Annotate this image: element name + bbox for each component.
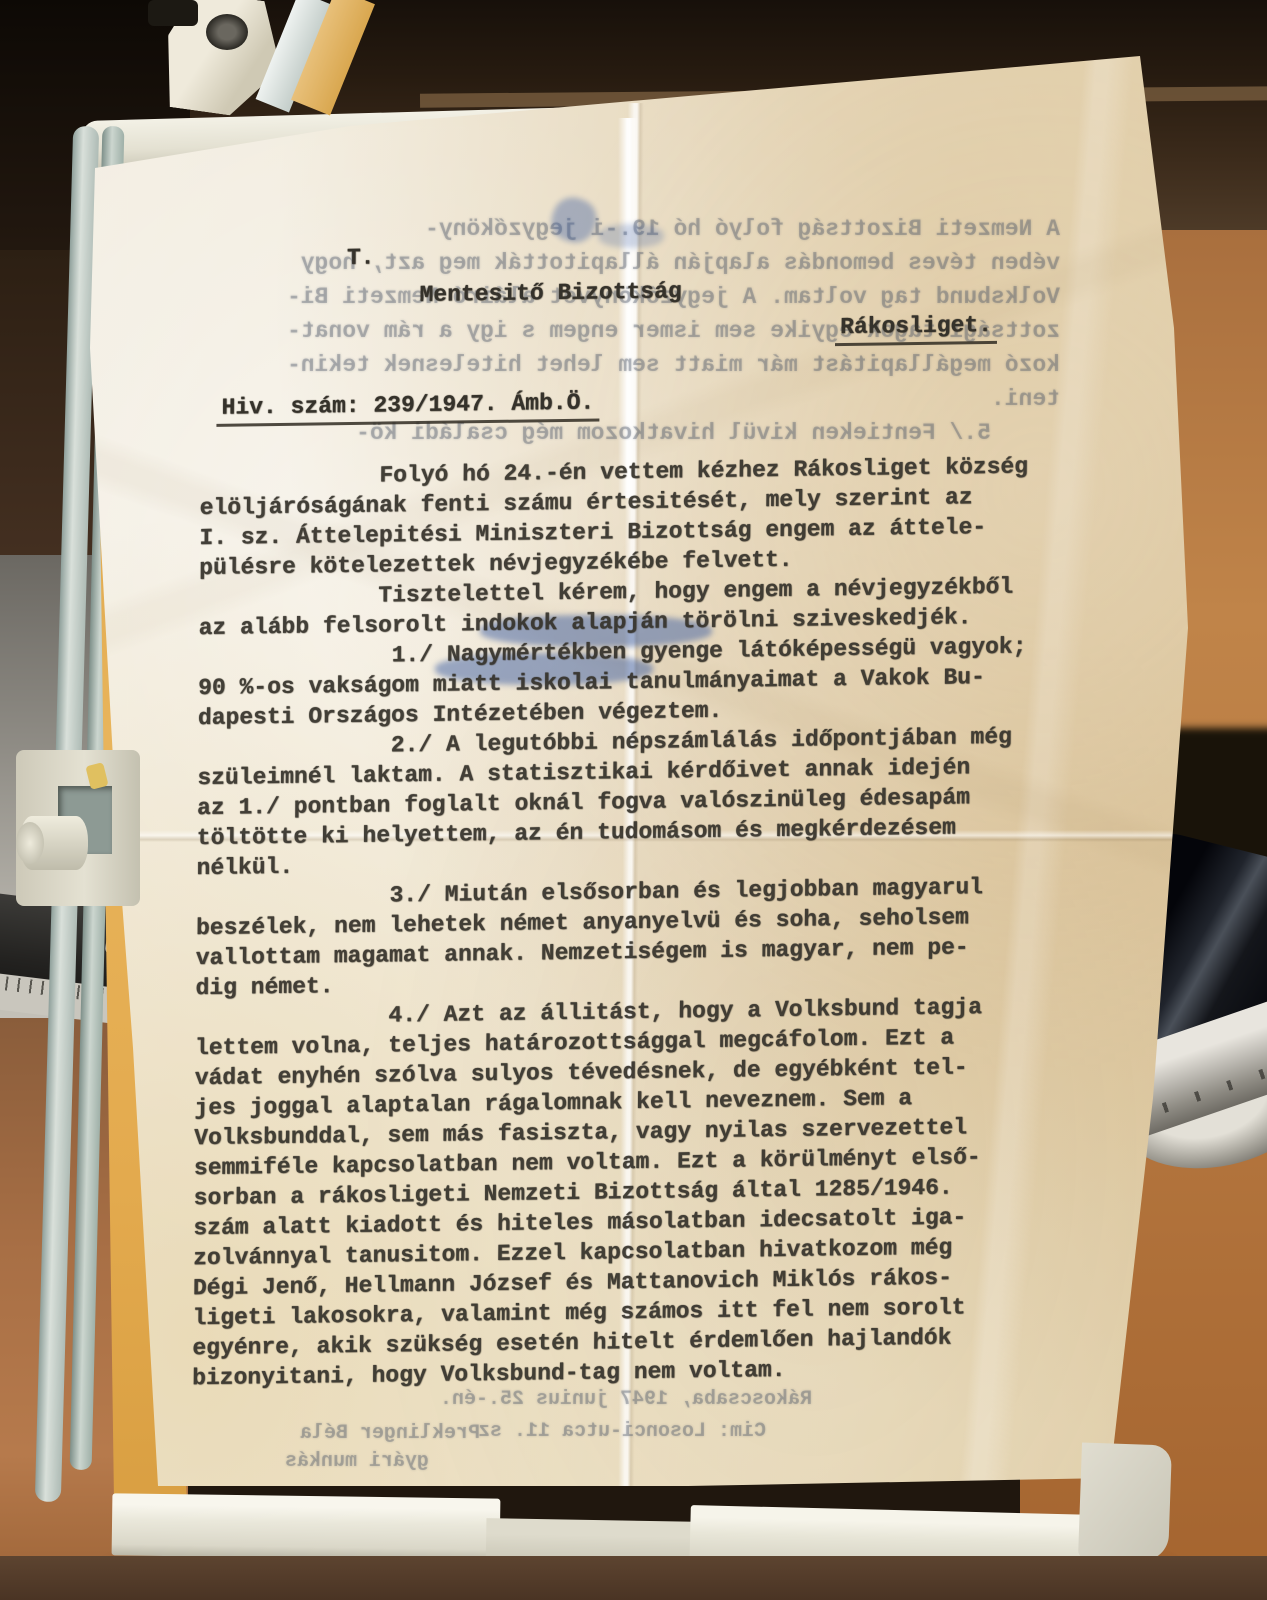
bleedthrough-signature-title: gyári munkás <box>285 1450 429 1473</box>
blue-ink-smudge <box>598 224 664 248</box>
header-reference: Hiv. szám: 239/1947. Ámb.Ö. <box>216 389 599 426</box>
letter-body: Folyó hó 24.-én vettem kézhez Rákosliget… <box>192 451 1080 1393</box>
stand-base-lip-left <box>112 1493 501 1560</box>
bleedthrough-line: vében téves bemondás alapján állapitottá… <box>170 246 1060 280</box>
document-paper: A Nemzeti Bizottság folyó hó 19.-i jegyz… <box>78 48 1208 1518</box>
bleedthrough-date: Rákoscsaba, 1947 junius 25.-én. <box>440 1388 812 1411</box>
clip-bolt <box>148 0 198 26</box>
bleedthrough-address: Cim: Losonci-utca 11. sz <box>478 1420 766 1443</box>
header-place: Rákosliget. <box>835 312 997 346</box>
header-committee: Mentesitő Bizottság <box>419 278 681 308</box>
bleedthrough-line: kozó megállapitást már miatt sem lehet h… <box>170 348 1060 382</box>
header-salutation: T. <box>347 245 375 271</box>
stand-corner-piece <box>1078 1442 1172 1561</box>
clip-screw <box>206 14 248 50</box>
bleedthrough-signature-name: Preklinger Béla <box>300 1422 480 1445</box>
photo-scene: mm A Nemzeti Bizottság folyó hó 19.-i je… <box>0 0 1267 1600</box>
clamp-knob-cap <box>16 822 44 864</box>
desk-wood-bottom-band <box>0 1556 1267 1600</box>
